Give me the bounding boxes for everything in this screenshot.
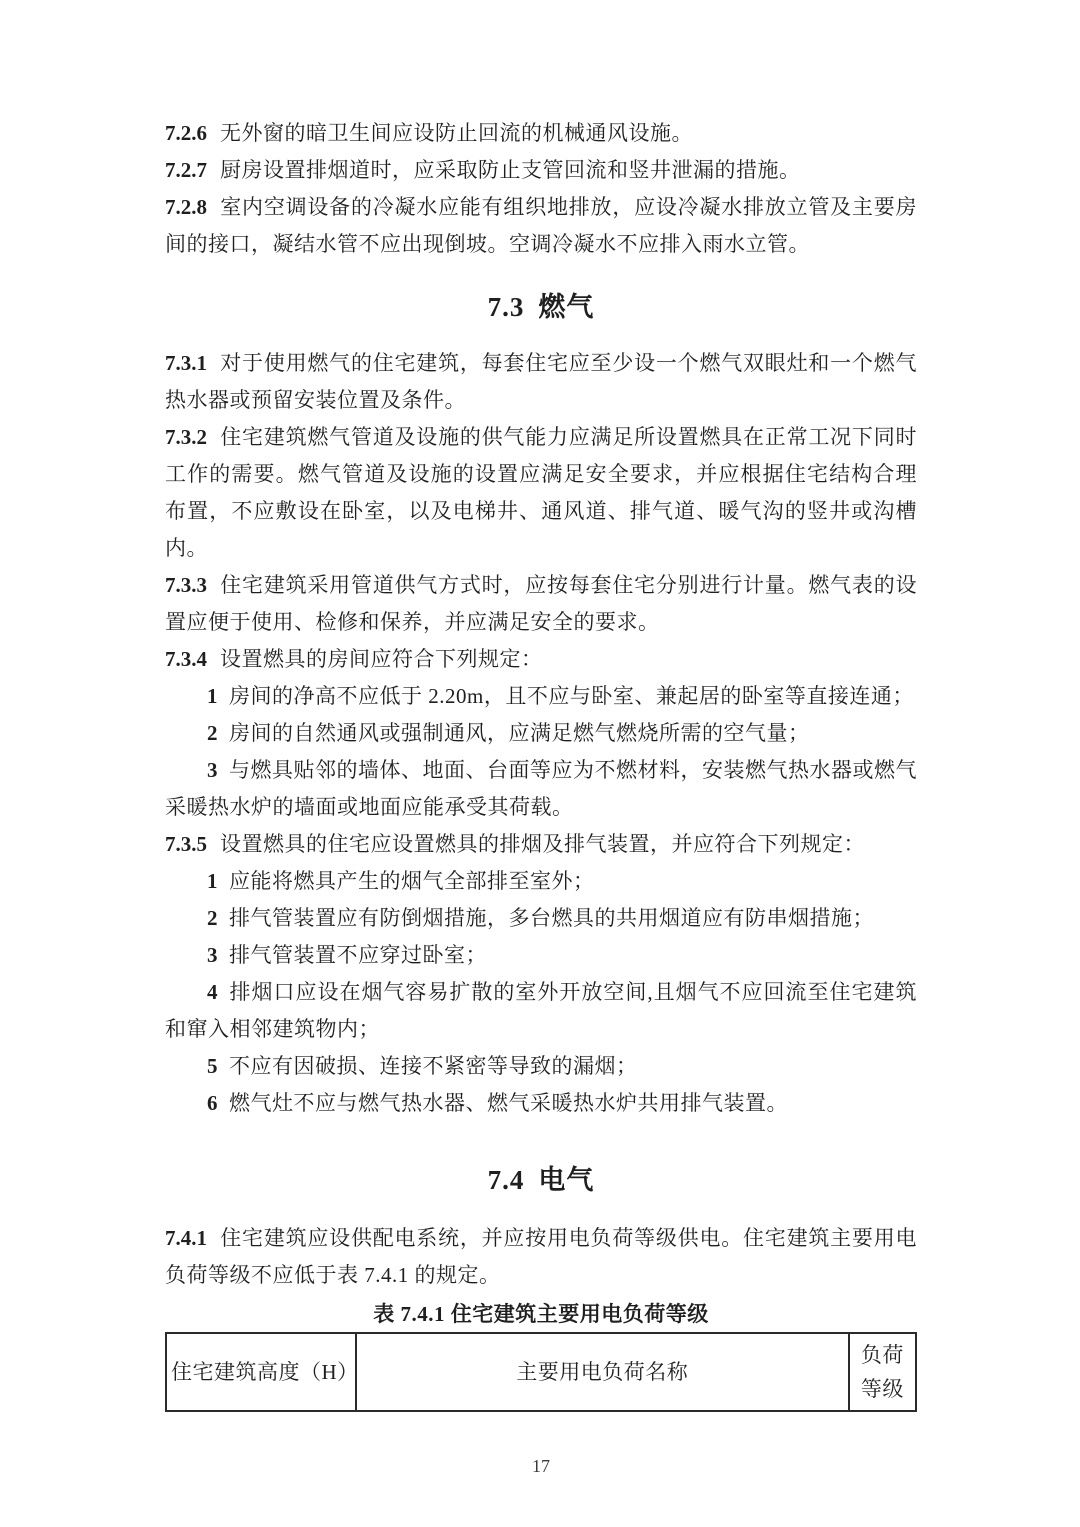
clause-number: 7.2.7	[165, 158, 220, 182]
clause-7-3-4: 7.3.4设置燃具的房间应符合下列规定：	[165, 641, 917, 678]
item-number: 2	[207, 906, 229, 930]
item-text: 燃气灶不应与燃气热水器、燃气采暖热水炉共用排气装置。	[229, 1091, 788, 1115]
clause-7-3-5-item-3: 3排气管装置不应穿过卧室；	[165, 937, 917, 974]
clause-text: 设置燃具的房间应符合下列规定：	[220, 647, 543, 671]
clause-7-4-1: 7.4.1住宅建筑应设供配电系统，并应按用电负荷等级供电。住宅建筑主要用电负荷等…	[165, 1220, 917, 1294]
item-text: 不应有因破损、连接不紧密等导致的漏烟；	[229, 1054, 638, 1078]
page-number: 17	[165, 1456, 917, 1477]
item-text: 应能将燃具产生的烟气全部排至室外；	[229, 869, 595, 893]
item-number: 4	[207, 980, 229, 1004]
clause-7-2-7: 7.2.7厨房设置排烟道时，应采取防止支管回流和竖井泄漏的措施。	[165, 152, 917, 189]
clause-7-3-5-item-5: 5不应有因破损、连接不紧密等导致的漏烟；	[165, 1048, 917, 1085]
item-text: 房间的自然通风或强制通风，应满足燃气燃烧所需的空气量；	[229, 721, 810, 745]
clause-7-3-4-item-2: 2房间的自然通风或强制通风，应满足燃气燃烧所需的空气量；	[165, 715, 917, 752]
table-header-row: 住宅建筑高度（H） 主要用电负荷名称 负荷等级	[166, 1333, 916, 1411]
section-number: 7.3	[488, 292, 539, 322]
clause-text: 厨房设置排烟道时，应采取防止支管回流和竖井泄漏的措施。	[220, 158, 801, 182]
clause-number: 7.3.2	[165, 425, 220, 449]
clause-number: 7.3.5	[165, 832, 220, 856]
section-heading-7-3: 7.3燃气	[165, 287, 917, 327]
item-number: 3	[207, 758, 229, 782]
clause-7-3-5-item-2: 2排气管装置应有防倒烟措施，多台燃具的共用烟道应有防串烟措施；	[165, 900, 917, 937]
table-7-4-1: 住宅建筑高度（H） 主要用电负荷名称 负荷等级	[165, 1332, 917, 1412]
section-title: 电气	[538, 1165, 594, 1195]
clause-number: 7.3.1	[165, 351, 220, 375]
document-page: 7.2.6无外窗的暗卫生间应设防止回流的机械通风设施。 7.2.7厨房设置排烟道…	[0, 0, 1080, 1527]
clause-7-3-4-item-1: 1房间的净高不应低于 2.20m，且不应与卧室、兼起居的卧室等直接连通；	[165, 678, 917, 715]
clause-number: 7.2.8	[165, 195, 220, 219]
section-heading-7-4: 7.4电气	[165, 1160, 917, 1200]
clause-7-3-5-item-4: 4排烟口应设在烟气容易扩散的室外开放空间,且烟气不应回流至住宅建筑和窜入相邻建筑…	[165, 974, 917, 1048]
clause-text: 对于使用燃气的住宅建筑，每套住宅应至少设一个燃气双眼灶和一个燃气热水器或预留安装…	[165, 351, 917, 412]
clause-text: 设置燃具的住宅应设置燃具的排烟及排气装置，并应符合下列规定：	[220, 832, 865, 856]
item-text: 排烟口应设在烟气容易扩散的室外开放空间,且烟气不应回流至住宅建筑和窜入相邻建筑物…	[165, 980, 917, 1041]
clause-number: 7.2.6	[165, 121, 220, 145]
clause-number: 7.3.4	[165, 647, 220, 671]
item-text: 排气管装置不应穿过卧室；	[229, 943, 487, 967]
clause-text: 室内空调设备的冷凝水应能有组织地排放，应设冷凝水排放立管及主要房间的接口，凝结水…	[165, 195, 917, 256]
clause-7-3-2: 7.3.2住宅建筑燃气管道及设施的供气能力应满足所设置燃具在正常工况下同时工作的…	[165, 419, 917, 567]
item-number: 1	[207, 869, 229, 893]
clause-text: 住宅建筑应设供配电系统，并应按用电负荷等级供电。住宅建筑主要用电负荷等级不应低于…	[165, 1226, 917, 1287]
item-number: 6	[207, 1091, 229, 1115]
section-title: 燃气	[538, 292, 594, 322]
clause-7-3-4-item-3: 3与燃具贴邻的墙体、地面、台面等应为不燃材料，安装燃气热水器或燃气采暖热水炉的墙…	[165, 752, 917, 826]
item-text: 排气管装置应有防倒烟措施，多台燃具的共用烟道应有防串烟措施；	[229, 906, 874, 930]
item-number: 1	[207, 684, 229, 708]
item-text: 与燃具贴邻的墙体、地面、台面等应为不燃材料，安装燃气热水器或燃气采暖热水炉的墙面…	[165, 758, 917, 819]
item-number: 2	[207, 721, 229, 745]
section-number: 7.4	[488, 1165, 539, 1195]
clause-7-2-8: 7.2.8室内空调设备的冷凝水应能有组织地排放，应设冷凝水排放立管及主要房间的接…	[165, 189, 917, 263]
clause-7-3-5-item-1: 1应能将燃具产生的烟气全部排至室外；	[165, 863, 917, 900]
clause-7-3-1: 7.3.1对于使用燃气的住宅建筑，每套住宅应至少设一个燃气双眼灶和一个燃气热水器…	[165, 345, 917, 419]
item-text: 房间的净高不应低于 2.20m，且不应与卧室、兼起居的卧室等直接连通；	[229, 684, 914, 708]
clause-text: 无外窗的暗卫生间应设防止回流的机械通风设施。	[220, 121, 693, 145]
clause-text: 住宅建筑采用管道供气方式时，应按每套住宅分别进行计量。燃气表的设置应便于使用、检…	[165, 573, 917, 634]
clause-7-3-5: 7.3.5设置燃具的住宅应设置燃具的排烟及排气装置，并应符合下列规定：	[165, 826, 917, 863]
table-header-load-name: 主要用电负荷名称	[356, 1333, 849, 1411]
table-header-load-level: 负荷等级	[849, 1333, 916, 1411]
table-header-building-height: 住宅建筑高度（H）	[166, 1333, 356, 1411]
clause-number: 7.4.1	[165, 1226, 220, 1250]
item-number: 5	[207, 1054, 229, 1078]
table-caption: 表 7.4.1 住宅建筑主要用电负荷等级	[165, 1298, 917, 1330]
clause-7-3-3: 7.3.3住宅建筑采用管道供气方式时，应按每套住宅分别进行计量。燃气表的设置应便…	[165, 567, 917, 641]
clause-number: 7.3.3	[165, 573, 220, 597]
clause-7-3-5-item-6: 6燃气灶不应与燃气热水器、燃气采暖热水炉共用排气装置。	[165, 1085, 917, 1122]
clause-7-2-6: 7.2.6无外窗的暗卫生间应设防止回流的机械通风设施。	[165, 115, 917, 152]
clause-text: 住宅建筑燃气管道及设施的供气能力应满足所设置燃具在正常工况下同时工作的需要。燃气…	[165, 425, 917, 560]
item-number: 3	[207, 943, 229, 967]
